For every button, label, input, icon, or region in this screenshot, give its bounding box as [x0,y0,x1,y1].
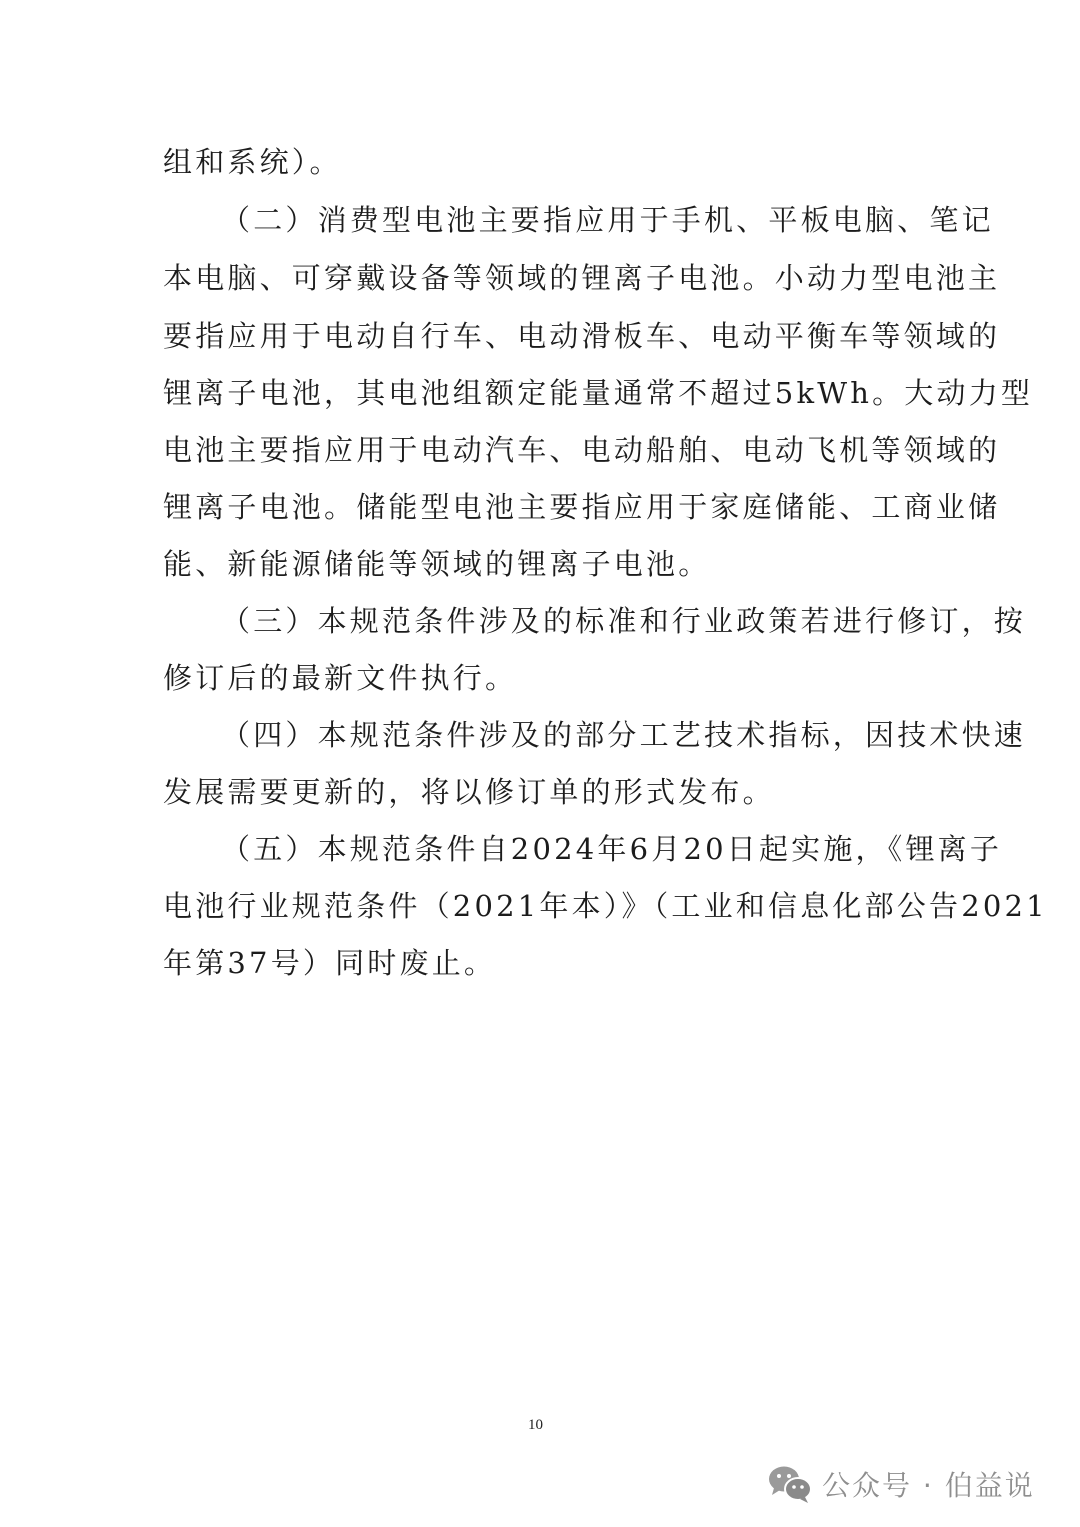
document-page: 组和系统）。 （二）消费型电池主要指应用于手机、平板电脑、笔记 本电脑、可穿戴设… [0,0,1080,1527]
paragraph-line: （二）消费型电池主要指应用于手机、平板电脑、笔记 [221,200,918,240]
paragraph-line: 电池主要指应用于电动汽车、电动船舶、电动飞机等领域的 [163,430,918,470]
paragraph-line: 锂离子电池，其电池组额定能量通常不超过5kWh。大动力型 [163,373,918,413]
page-number: 10 [528,1417,543,1434]
paragraph-line: 要指应用于电动自行车、电动滑板车、电动平衡车等领域的 [163,316,918,356]
paragraph-line: 电池行业规范条件（2021年本）》（工业和信息化部公告2021 [163,886,918,926]
paragraph-line: 本电脑、可穿戴设备等领域的锂离子电池。小动力型电池主 [163,258,918,298]
paragraph-line: 发展需要更新的，将以修订单的形式发布。 [163,772,918,812]
paragraph-line: 锂离子电池。储能型电池主要指应用于家庭储能、工商业储 [163,487,918,527]
paragraph-line: 修订后的最新文件执行。 [163,658,918,698]
paragraph-line: 组和系统）。 [163,142,918,182]
paragraph-line: 年第37号）同时废止。 [163,943,918,983]
paragraph-line: （五）本规范条件自2024年6月20日起实施，《锂离子 [221,829,918,869]
wechat-icon [766,1464,814,1504]
watermark-text: 公众号 · 伯益说 [822,1464,1035,1504]
paragraph-line: 能、新能源储能等领域的锂离子电池。 [163,544,918,584]
watermark: 公众号 · 伯益说 [766,1462,1035,1506]
paragraph-line: （四）本规范条件涉及的部分工艺技术指标，因技术快速 [221,715,918,755]
paragraph-line: （三）本规范条件涉及的标准和行业政策若进行修订，按 [221,601,918,641]
